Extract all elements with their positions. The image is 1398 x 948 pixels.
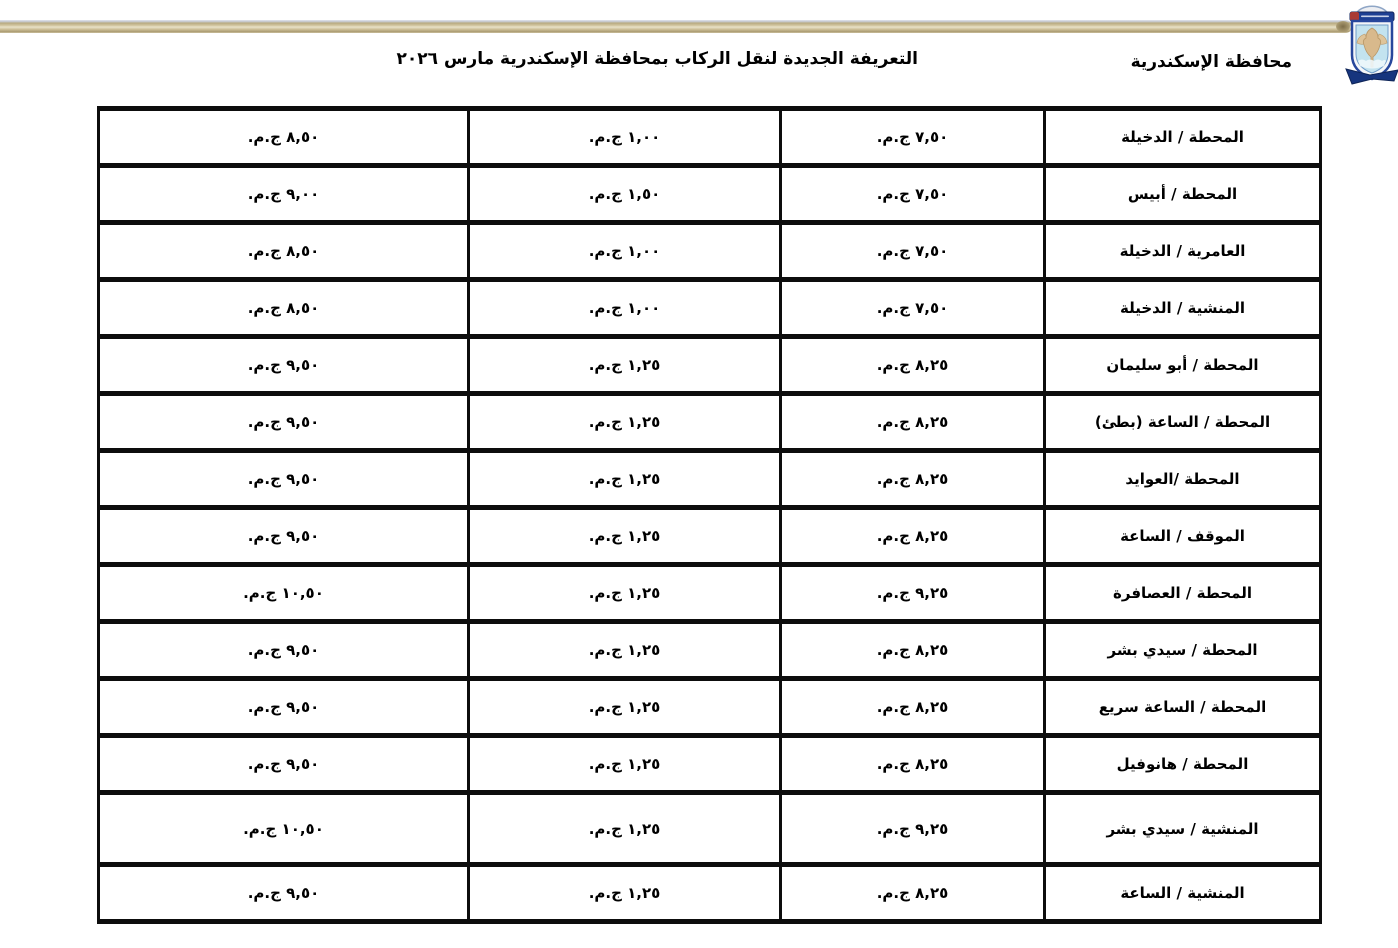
route-cell: المحطة / الساعة (بطئ) — [1045, 394, 1321, 451]
fare-cell-first: ٨,٢٥ ج.م. — [781, 451, 1045, 508]
route-cell: المحطة / أبيس — [1045, 166, 1321, 223]
table-row: المحطة / العصافرة ٩,٢٥ ج.م. ١,٢٥ ج.م. ١٠… — [99, 565, 1321, 622]
table-row: المنشية / سيدي بشر ٩,٢٥ ج.م. ١,٢٥ ج.م. ١… — [99, 793, 1321, 865]
page-title: التعريفة الجديدة لنقل الركاب بمحافظة الإ… — [418, 49, 918, 69]
fare-cell-first: ٧,٥٠ ج.م. — [781, 223, 1045, 280]
fare-cell-last: ١٠,٥٠ ج.م. — [99, 793, 469, 865]
fare-cell-middle: ١,٠٠ ج.م. — [469, 109, 781, 166]
table-row: المحطة / هانوفيل ٨,٢٥ ج.م. ١,٢٥ ج.م. ٩,٥… — [99, 736, 1321, 793]
alexandria-governorate-emblem-icon — [1340, 0, 1398, 87]
fare-cell-first: ٨,٢٥ ج.م. — [781, 508, 1045, 565]
fare-cell-last: ٩,٠٠ ج.م. — [99, 166, 469, 223]
fare-cell-last: ٩,٥٠ ج.م. — [99, 679, 469, 736]
fare-cell-first: ٨,٢٥ ج.م. — [781, 337, 1045, 394]
table-row: المنشية / الساعة ٨,٢٥ ج.م. ١,٢٥ ج.م. ٩,٥… — [99, 865, 1321, 922]
org-name: محافظة الإسكندرية — [1131, 52, 1292, 72]
table-row: المنشية / الدخيلة ٧,٥٠ ج.م. ١,٠٠ ج.م. ٨,… — [99, 280, 1321, 337]
fare-cell-last: ٨,٥٠ ج.م. — [99, 280, 469, 337]
table-row: المحطة / أبيس ٧,٥٠ ج.م. ١,٥٠ ج.م. ٩,٠٠ ج… — [99, 166, 1321, 223]
decorative-top-band — [0, 20, 1352, 33]
route-cell: المنشية / الساعة — [1045, 865, 1321, 922]
table-row: المحطة / الساعة سريع ٨,٢٥ ج.م. ١,٢٥ ج.م.… — [99, 679, 1321, 736]
fare-cell-last: ٩,٥٠ ج.م. — [99, 508, 469, 565]
fare-cell-middle: ١,٢٥ ج.م. — [469, 793, 781, 865]
fare-cell-middle: ١,٢٥ ج.م. — [469, 508, 781, 565]
route-cell: المحطة / أبو سليمان — [1045, 337, 1321, 394]
route-cell: المحطة / هانوفيل — [1045, 736, 1321, 793]
fare-cell-middle: ١,٢٥ ج.م. — [469, 865, 781, 922]
fare-cell-first: ٧,٥٠ ج.م. — [781, 166, 1045, 223]
fare-cell-last: ٩,٥٠ ج.م. — [99, 865, 469, 922]
route-cell: المحطة / الساعة سريع — [1045, 679, 1321, 736]
fare-cell-middle: ١,٢٥ ج.م. — [469, 394, 781, 451]
table-row: المحطة /العوايد ٨,٢٥ ج.م. ١,٢٥ ج.م. ٩,٥٠… — [99, 451, 1321, 508]
fare-cell-first: ٨,٢٥ ج.م. — [781, 865, 1045, 922]
route-cell: المنشية / سيدي بشر — [1045, 793, 1321, 865]
route-cell: المحطة / العصافرة — [1045, 565, 1321, 622]
table-row: المحطة / الساعة (بطئ) ٨,٢٥ ج.م. ١,٢٥ ج.م… — [99, 394, 1321, 451]
fare-cell-middle: ١,٢٥ ج.م. — [469, 565, 781, 622]
fare-cell-last: ٩,٥٠ ج.م. — [99, 736, 469, 793]
route-cell: المحطة / سيدي بشر — [1045, 622, 1321, 679]
route-cell: المحطة /العوايد — [1045, 451, 1321, 508]
fare-cell-first: ٩,٢٥ ج.م. — [781, 565, 1045, 622]
fare-cell-middle: ١,٢٥ ج.م. — [469, 679, 781, 736]
fare-cell-first: ٨,٢٥ ج.م. — [781, 736, 1045, 793]
fare-cell-last: ٩,٥٠ ج.م. — [99, 622, 469, 679]
fare-cell-middle: ١,٠٠ ج.م. — [469, 280, 781, 337]
fare-table: المحطة / الدخيلة ٧,٥٠ ج.م. ١,٠٠ ج.م. ٨,٥… — [97, 106, 1322, 924]
table-row: الموقف / الساعة ٨,٢٥ ج.م. ١,٢٥ ج.م. ٩,٥٠… — [99, 508, 1321, 565]
fare-cell-last: ٩,٥٠ ج.م. — [99, 394, 469, 451]
fare-cell-first: ٧,٥٠ ج.م. — [781, 280, 1045, 337]
fare-cell-middle: ١,٢٥ ج.م. — [469, 337, 781, 394]
route-cell: الموقف / الساعة — [1045, 508, 1321, 565]
fare-cell-first: ٧,٥٠ ج.م. — [781, 109, 1045, 166]
fare-cell-first: ٩,٢٥ ج.م. — [781, 793, 1045, 865]
fare-cell-middle: ١,٢٥ ج.م. — [469, 451, 781, 508]
fare-cell-last: ٨,٥٠ ج.م. — [99, 109, 469, 166]
fare-cell-last: ١٠,٥٠ ج.م. — [99, 565, 469, 622]
fare-cell-middle: ١,٢٥ ج.م. — [469, 622, 781, 679]
table-row: المحطة / سيدي بشر ٨,٢٥ ج.م. ١,٢٥ ج.م. ٩,… — [99, 622, 1321, 679]
fare-cell-middle: ١,٠٠ ج.م. — [469, 223, 781, 280]
fare-cell-first: ٨,٢٥ ج.م. — [781, 394, 1045, 451]
table-row: المحطة / الدخيلة ٧,٥٠ ج.م. ١,٠٠ ج.م. ٨,٥… — [99, 109, 1321, 166]
route-cell: المحطة / الدخيلة — [1045, 109, 1321, 166]
route-cell: المنشية / الدخيلة — [1045, 280, 1321, 337]
table-row: العامرية / الدخيلة ٧,٥٠ ج.م. ١,٠٠ ج.م. ٨… — [99, 223, 1321, 280]
table-row: المحطة / أبو سليمان ٨,٢٥ ج.م. ١,٢٥ ج.م. … — [99, 337, 1321, 394]
fare-cell-first: ٨,٢٥ ج.م. — [781, 622, 1045, 679]
fare-cell-last: ٩,٥٠ ج.م. — [99, 451, 469, 508]
fare-cell-first: ٨,٢٥ ج.م. — [781, 679, 1045, 736]
fare-cell-middle: ١,٢٥ ج.م. — [469, 736, 781, 793]
fare-cell-last: ٨,٥٠ ج.م. — [99, 223, 469, 280]
fare-cell-last: ٩,٥٠ ج.م. — [99, 337, 469, 394]
fare-cell-middle: ١,٥٠ ج.م. — [469, 166, 781, 223]
route-cell: العامرية / الدخيلة — [1045, 223, 1321, 280]
